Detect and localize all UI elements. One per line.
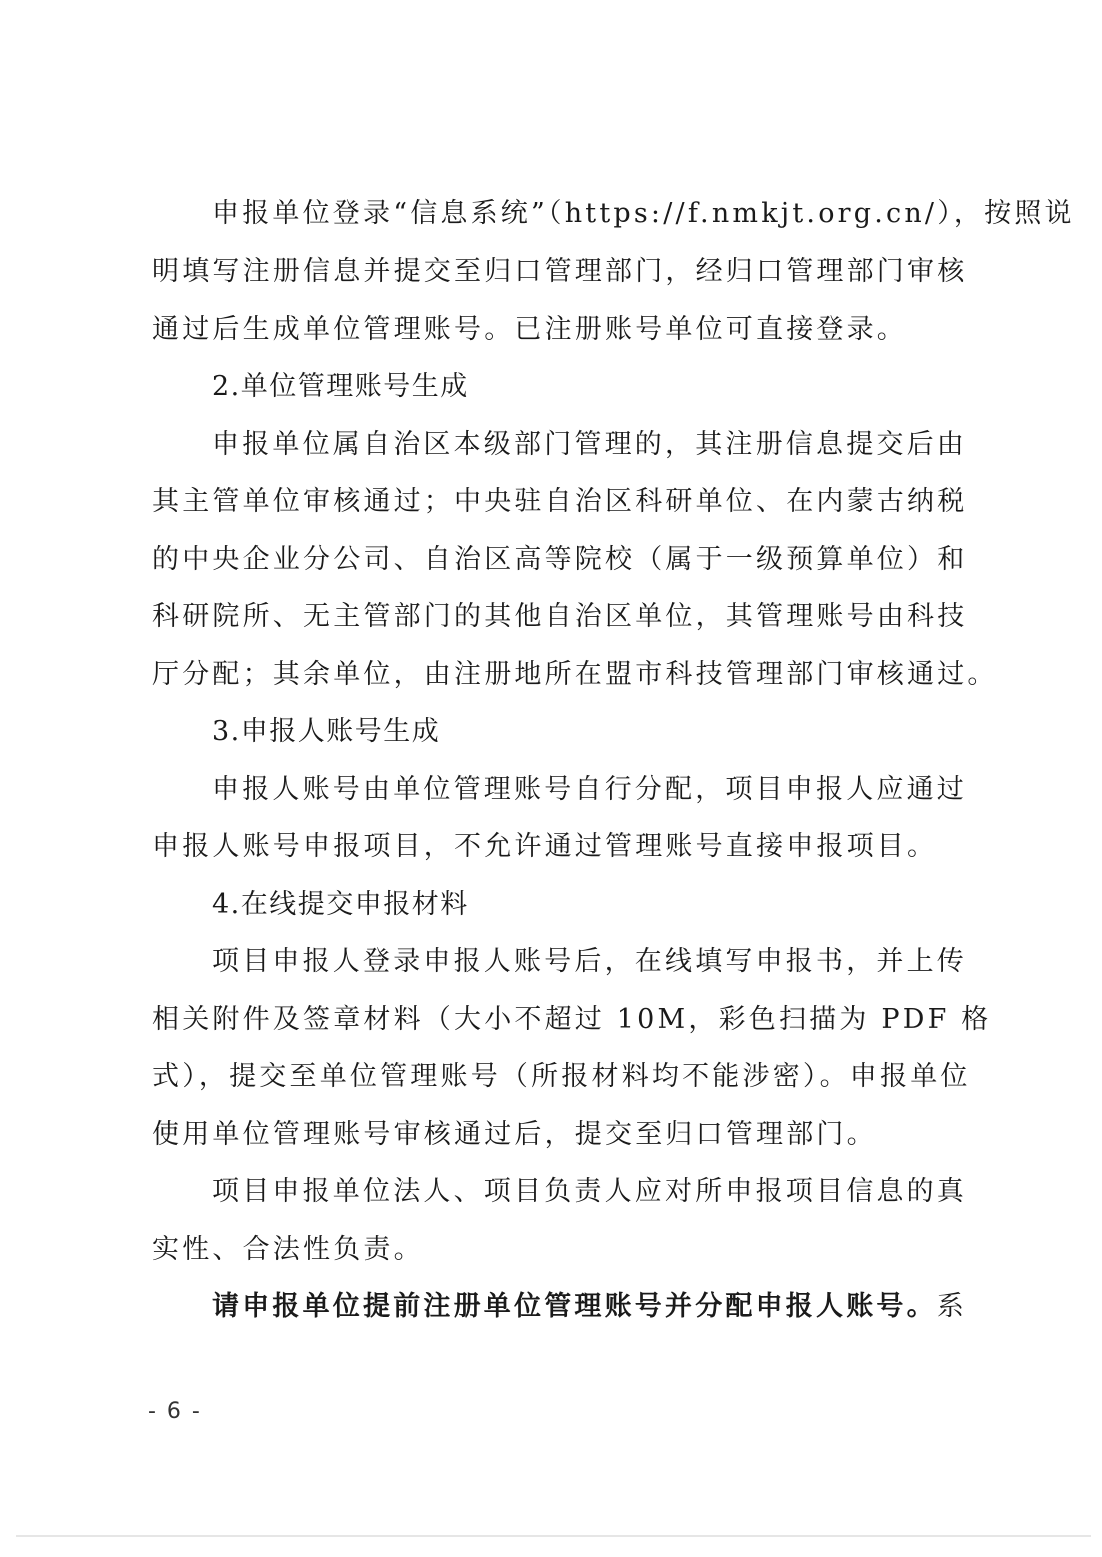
paragraph-line: 使用单位管理账号审核通过后，提交至归口管理部门。 — [152, 1115, 960, 1155]
paragraph-line: 申报单位登录“信息系统”（https://f.nmkjt.org.cn/），按照… — [212, 194, 960, 234]
paragraph-line: 申报人账号申报项目，不允许通过管理账号直接申报项目。 — [152, 827, 960, 867]
paragraph-line: 科研院所、无主管部门的其他自治区单位，其管理账号由科技 — [152, 597, 960, 637]
paragraph-line: 其主管单位审核通过；中央驻自治区科研单位、在内蒙古纳税 — [152, 482, 960, 522]
paragraph-line: 通过后生成单位管理账号。已注册账号单位可直接登录。 — [152, 310, 960, 350]
paragraph-line: 相关附件及签章材料（大小不超过 10M，彩色扫描为 PDF 格 — [152, 1000, 960, 1040]
section-heading-unit-account: 2.单位管理账号生成 — [212, 367, 960, 407]
section-heading-applicant-account: 3.申报人账号生成 — [212, 712, 960, 752]
paragraph-line: 申报单位属自治区本级部门管理的，其注册信息提交后由 — [212, 425, 960, 465]
scan-edge-divider — [16, 1535, 1091, 1537]
document-page: 申报单位登录“信息系统”（https://f.nmkjt.org.cn/），按照… — [0, 0, 1102, 1557]
paragraph-line: 明填写注册信息并提交至归口管理部门，经归口管理部门审核 — [152, 252, 960, 292]
paragraph-line: 厅分配；其余单位，由注册地所在盟市科技管理部门审核通过。 — [152, 655, 960, 695]
paragraph-line: 实性、合法性负责。 — [152, 1230, 960, 1270]
continuation-text: 系 — [937, 1291, 967, 1322]
paragraph-line: 项目申报单位法人、项目负责人应对所申报项目信息的真 — [212, 1172, 960, 1212]
paragraph-line: 项目申报人登录申报人账号后，在线填写申报书，并上传 — [212, 942, 960, 982]
bold-notice: 请申报单位提前注册单位管理账号并分配申报人账号。 — [212, 1291, 937, 1322]
paragraph-line: 式），提交至单位管理账号（所报材料均不能涉密）。申报单位 — [152, 1057, 960, 1097]
emphasized-paragraph-line: 请申报单位提前注册单位管理账号并分配申报人账号。系 — [212, 1287, 960, 1327]
page-number: - 6 - — [148, 1398, 202, 1426]
paragraph-line: 的中央企业分公司、自治区高等院校（属于一级预算单位）和 — [152, 540, 960, 580]
section-heading-online-submission: 4.在线提交申报材料 — [212, 885, 960, 925]
paragraph-line: 申报人账号由单位管理账号自行分配，项目申报人应通过 — [212, 770, 960, 810]
